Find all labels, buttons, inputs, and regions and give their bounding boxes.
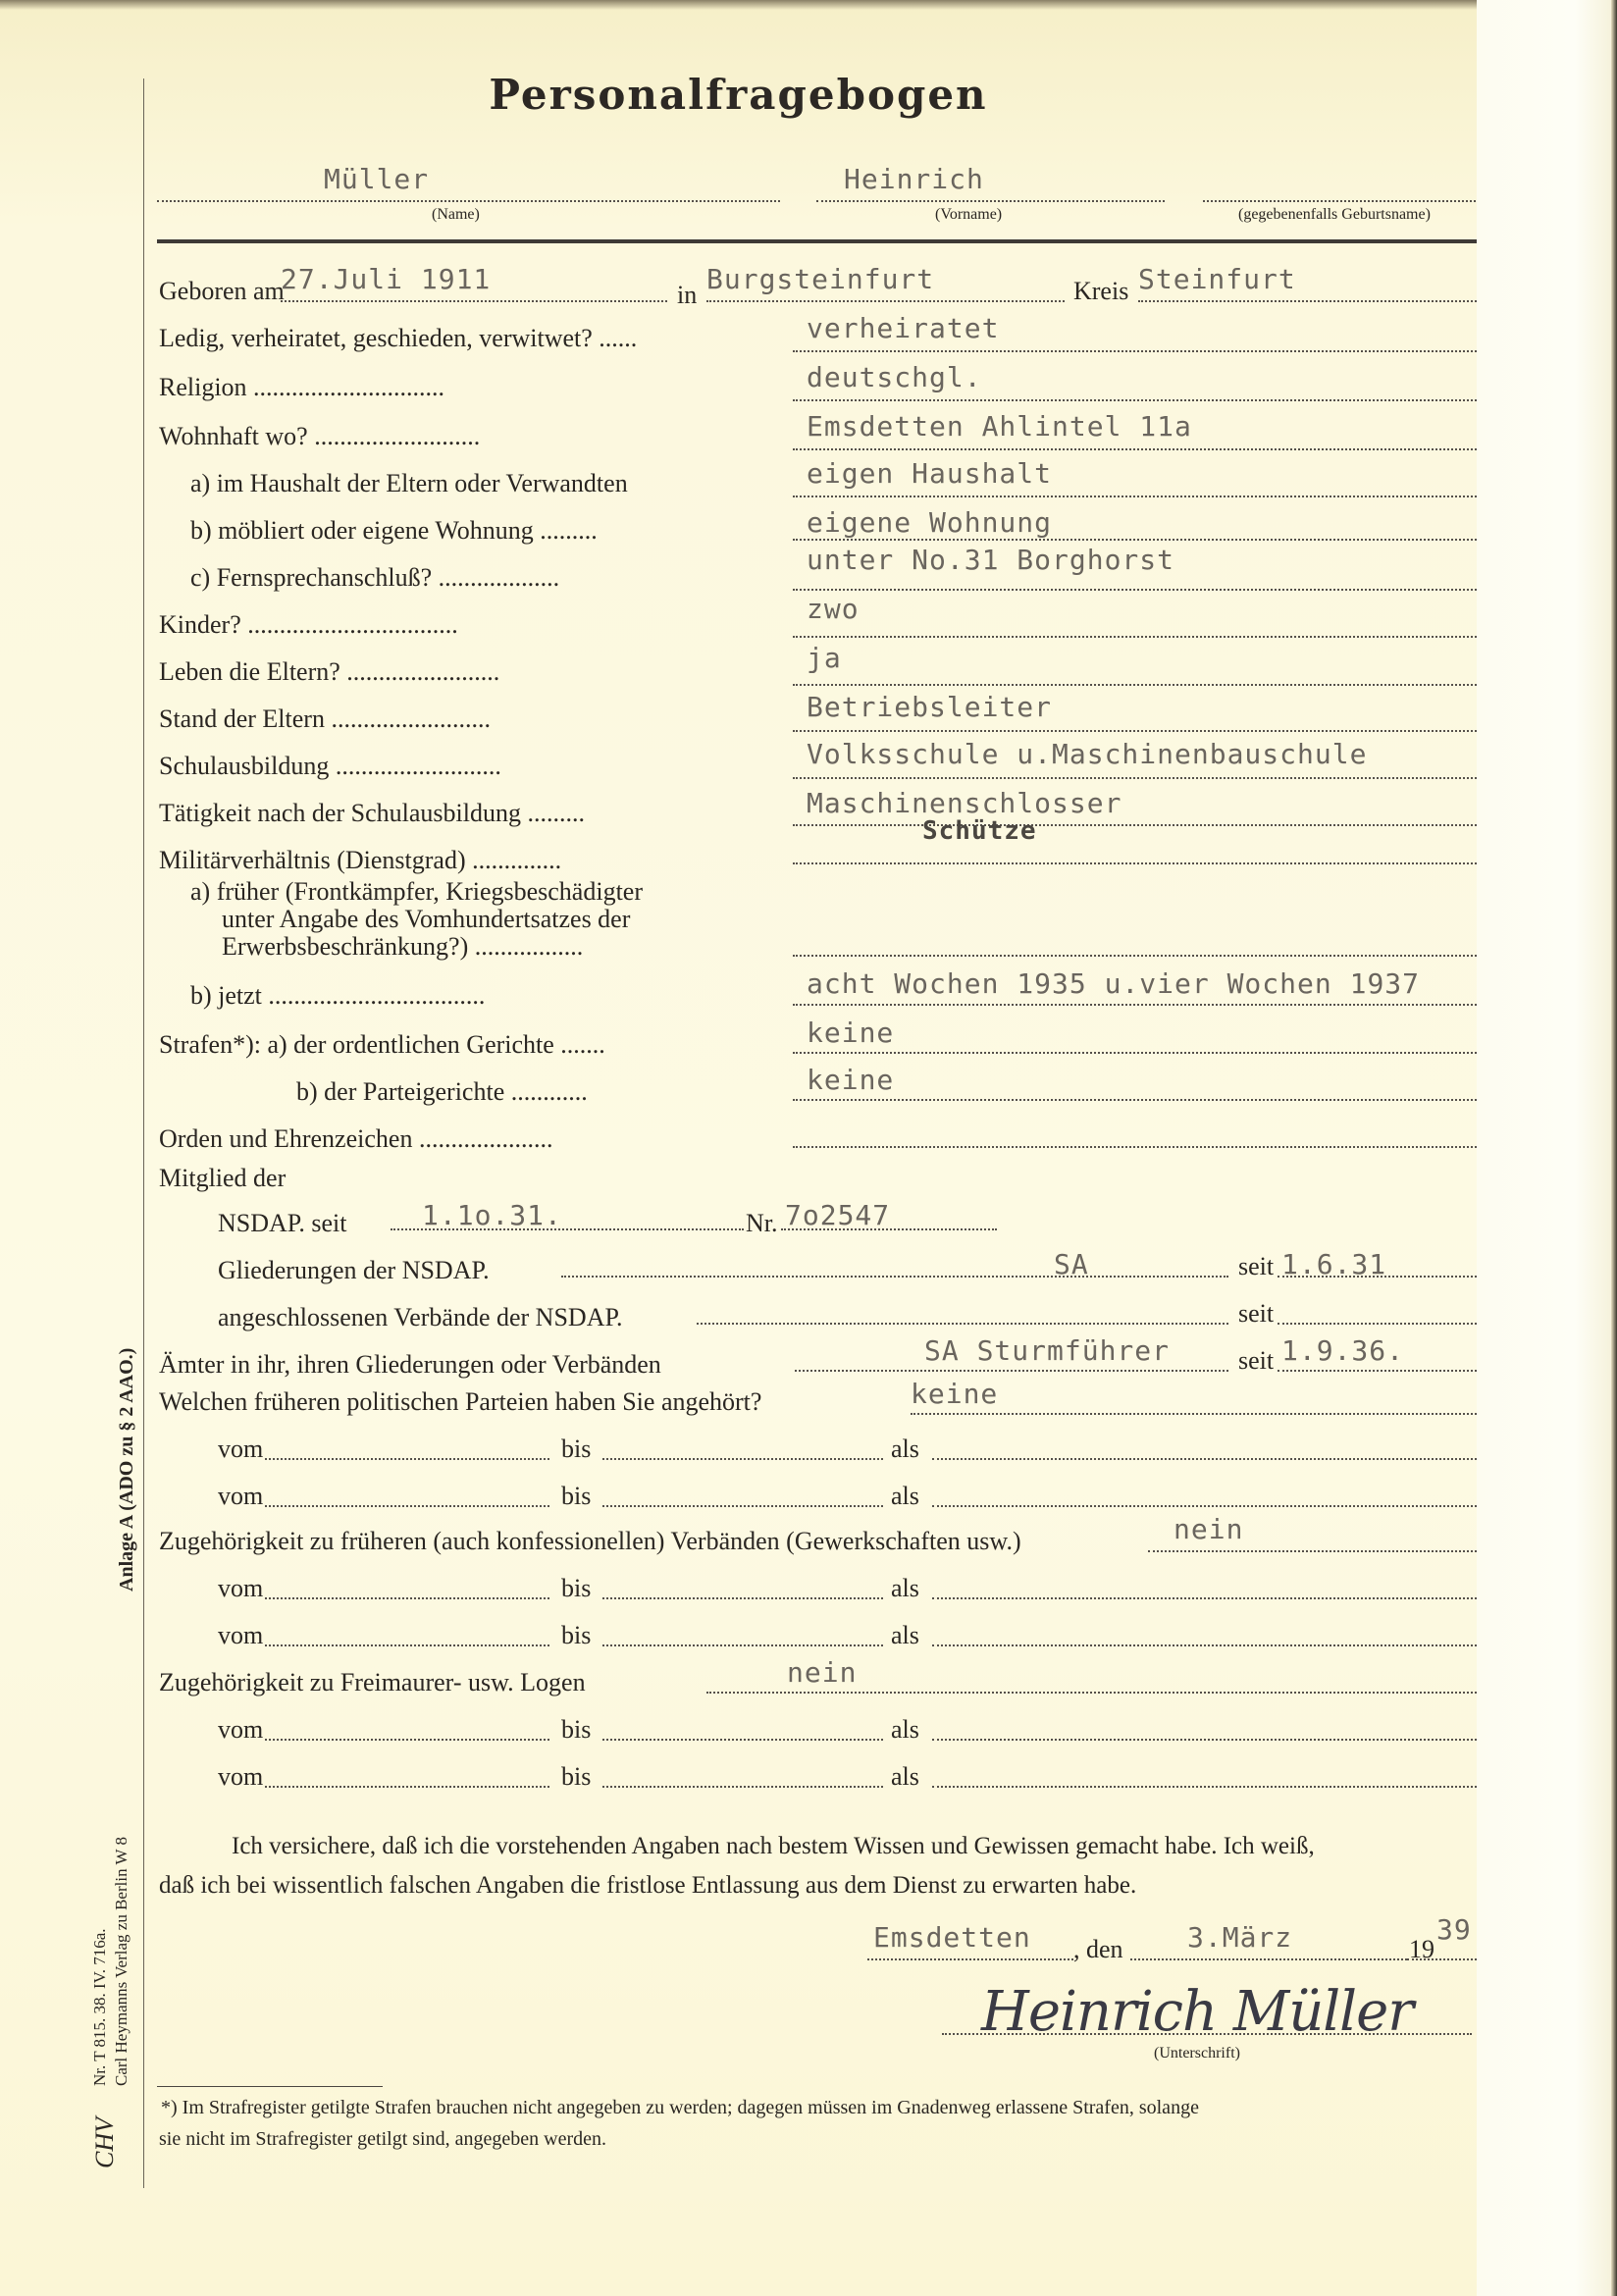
former-associations-question: Zugehörigkeit zu früheren (auch konfessi… bbox=[159, 1527, 1021, 1556]
lodges-as-label: als bbox=[891, 1715, 919, 1745]
military-earlier-label-2: unter Angabe des Vomhundertsatzes der bbox=[222, 905, 630, 934]
name-value: Müller bbox=[324, 163, 429, 195]
military-now-label: b) jetzt ...............................… bbox=[190, 981, 485, 1011]
field-label-religion: Religion .............................. bbox=[159, 373, 444, 402]
field-value-military-rank: Schütze bbox=[922, 816, 1037, 846]
field-line bbox=[265, 1505, 549, 1507]
field-line bbox=[697, 1323, 1228, 1325]
firstname-value: Heinrich bbox=[844, 163, 984, 195]
field-label-household: a) im Haushalt der Eltern oder Verwandte… bbox=[190, 469, 628, 498]
field-line bbox=[265, 1458, 549, 1460]
signing-den-label: , den bbox=[1073, 1935, 1123, 1964]
former-parties-to-label: bis bbox=[561, 1435, 591, 1464]
former-parties-answer: keine bbox=[911, 1378, 998, 1410]
field-line bbox=[867, 1958, 1073, 1960]
former-parties-as-label: als bbox=[891, 1482, 919, 1511]
footnote-line-2: sie nicht im Strafregister getilgt sind,… bbox=[159, 2123, 606, 2155]
field-line bbox=[932, 1739, 1477, 1741]
field-label-apartment: b) möbliert oder eigene Wohnung ........… bbox=[190, 516, 598, 546]
field-value-occupation: Maschinenschlosser bbox=[807, 787, 1121, 819]
header-rule bbox=[157, 239, 1477, 243]
lodges-as-label: als bbox=[891, 1762, 919, 1792]
field-line bbox=[793, 636, 1477, 638]
in-label: in bbox=[677, 281, 697, 310]
former-parties-from-label: vom bbox=[218, 1435, 263, 1464]
offices-value: SA Sturmführer bbox=[924, 1334, 1170, 1367]
former-associations-answer: nein bbox=[1174, 1513, 1243, 1545]
lodges-answer: nein bbox=[787, 1656, 857, 1689]
field-label-marital: Ledig, verheiratet, geschieden, verwitwe… bbox=[159, 324, 637, 353]
nsdap-label: NSDAP. seit bbox=[218, 1209, 346, 1238]
footnote-line-1: *) Im Strafregister getilgte Strafen bra… bbox=[161, 2092, 1199, 2123]
birth-district-line bbox=[1138, 300, 1477, 302]
field-line bbox=[793, 955, 1477, 957]
field-line bbox=[793, 730, 1477, 732]
district-label: Kreis bbox=[1073, 277, 1128, 306]
birth-district: Steinfurt bbox=[1138, 263, 1296, 295]
name-caption: (Name) bbox=[432, 206, 480, 224]
field-label-parents-status: Stand der Eltern .......................… bbox=[159, 704, 491, 734]
field-label-phone: c) Fernsprechanschluß? .................… bbox=[190, 563, 559, 593]
name-line bbox=[157, 200, 780, 202]
field-line bbox=[793, 824, 1477, 826]
field-line bbox=[793, 448, 1477, 450]
military-earlier-label-3: Erwerbsbeschränkung?) ................. bbox=[222, 932, 583, 962]
field-line bbox=[561, 1276, 1228, 1278]
field-line bbox=[793, 862, 1477, 864]
birth-date: 27.Juli 1911 bbox=[281, 263, 491, 295]
field-line bbox=[795, 1370, 1228, 1372]
field-line bbox=[1278, 1323, 1477, 1325]
field-line bbox=[793, 496, 1477, 497]
military-earlier-label-1: a) früher (Frontkämpfer, Kriegsbeschädig… bbox=[190, 877, 643, 907]
field-line bbox=[1278, 1370, 1477, 1372]
field-line bbox=[602, 1786, 883, 1788]
field-value-schooling: Volksschule u.Maschinenbauschule bbox=[807, 738, 1367, 770]
field-line bbox=[1407, 1958, 1477, 1960]
former-associations-to-label: bis bbox=[561, 1574, 591, 1603]
field-label-children: Kinder? ................................… bbox=[159, 610, 458, 640]
firstname-caption: (Vorname) bbox=[935, 206, 1002, 224]
lodges-question: Zugehörigkeit zu Freimaurer- usw. Logen bbox=[159, 1668, 586, 1697]
field-line bbox=[265, 1644, 549, 1646]
annex-label: Anlage A (ADO zu § 2 AAO.) bbox=[116, 1348, 138, 1592]
former-parties-question: Welchen früheren politischen Parteien ha… bbox=[159, 1387, 761, 1417]
firstname-line bbox=[816, 200, 1165, 202]
offices-since-label: seit bbox=[1238, 1346, 1274, 1376]
field-line bbox=[932, 1597, 1477, 1599]
penalties-courts-label: Strafen*): a) der ordentlichen Gerichte … bbox=[159, 1030, 605, 1060]
field-value-apartment: eigene Wohnung bbox=[807, 506, 1052, 539]
field-line bbox=[932, 1458, 1477, 1460]
field-line bbox=[793, 1052, 1477, 1054]
field-line bbox=[793, 684, 1477, 686]
signing-date: 3.März bbox=[1187, 1921, 1292, 1954]
field-line bbox=[602, 1739, 883, 1741]
signature: Heinrich Müller bbox=[981, 1980, 1413, 2044]
field-line bbox=[265, 1786, 549, 1788]
field-line bbox=[1130, 1958, 1407, 1960]
former-associations-to-label: bis bbox=[561, 1621, 591, 1650]
membership-heading: Mitglied der bbox=[159, 1164, 286, 1193]
field-line bbox=[793, 589, 1477, 591]
lodges-to-label: bis bbox=[561, 1762, 591, 1792]
former-associations-as-label: als bbox=[891, 1574, 919, 1603]
signing-year-suffix: 39 bbox=[1436, 1913, 1472, 1946]
birth-place-line bbox=[706, 300, 1065, 302]
offices-label: Ämter in ihr, ihren Gliederungen oder Ve… bbox=[159, 1350, 661, 1380]
margin-line bbox=[143, 78, 144, 2188]
declaration-line-1: Ich versichere, daß ich die vorstehenden… bbox=[232, 1827, 1315, 1866]
affiliated-label: angeschlossenen Verbände der NSDAP. bbox=[218, 1303, 623, 1332]
birthname-caption: (gegebenenfalls Geburtsname) bbox=[1238, 206, 1431, 224]
publisher: Carl Heymanns Verlag zu Berlin W 8 bbox=[112, 1837, 131, 2086]
field-line bbox=[1148, 1550, 1477, 1552]
field-line bbox=[793, 399, 1477, 401]
former-parties-as-label: als bbox=[891, 1435, 919, 1464]
penalties-party-label: b) der Parteigerichte ............ bbox=[296, 1077, 588, 1107]
publisher-logo-icon: CHV bbox=[90, 2117, 120, 2168]
field-value-marital: verheiratet bbox=[807, 312, 999, 344]
military-now-value: acht Wochen 1935 u.vier Wochen 1937 bbox=[807, 967, 1420, 1000]
field-value-household: eigen Haushalt bbox=[807, 457, 1052, 490]
born-label: Geboren am bbox=[159, 277, 285, 306]
former-associations-from-label: vom bbox=[218, 1574, 263, 1603]
form-number: Nr. T 815. 38. IV. 716a. bbox=[90, 1928, 110, 2086]
field-value-residence: Emsdetten Ahlintel 11a bbox=[807, 410, 1192, 443]
signing-place: Emsdetten bbox=[873, 1921, 1031, 1954]
field-line bbox=[391, 1228, 744, 1230]
field-line bbox=[781, 1228, 997, 1230]
scan-background bbox=[1477, 0, 1617, 2296]
penalties-party-value: keine bbox=[807, 1064, 894, 1096]
orders-label: Orden und Ehrenzeichen .................… bbox=[159, 1124, 552, 1154]
field-value-phone: unter No.31 Borghorst bbox=[807, 544, 1174, 576]
former-parties-to-label: bis bbox=[561, 1482, 591, 1511]
former-associations-as-label: als bbox=[891, 1621, 919, 1650]
field-line bbox=[932, 1644, 1477, 1646]
field-line bbox=[793, 539, 1477, 541]
field-line bbox=[793, 350, 1477, 352]
divisions-since-label: seit bbox=[1238, 1252, 1274, 1281]
field-line bbox=[602, 1458, 883, 1460]
field-label-residence: Wohnhaft wo? .......................... bbox=[159, 422, 480, 451]
field-label-parents-alive: Leben die Eltern? ......................… bbox=[159, 657, 499, 687]
lodges-to-label: bis bbox=[561, 1715, 591, 1745]
birthname-line bbox=[1203, 200, 1476, 202]
field-line bbox=[602, 1597, 883, 1599]
affiliated-since-label: seit bbox=[1238, 1299, 1274, 1329]
offices-since: 1.9.36. bbox=[1281, 1334, 1404, 1367]
divisions-label: Gliederungen der NSDAP. bbox=[218, 1256, 490, 1285]
field-line bbox=[932, 1786, 1477, 1788]
former-parties-from-label: vom bbox=[218, 1482, 263, 1511]
nsdap-since: 1.1o.31. bbox=[422, 1199, 562, 1231]
field-line bbox=[793, 777, 1477, 779]
nsdap-nr-label: Nr. bbox=[746, 1209, 778, 1238]
form-title: Personalfragebogen bbox=[0, 71, 1477, 119]
declaration-line-2: daß ich bei wissentlich falschen Angaben… bbox=[159, 1866, 1136, 1905]
field-line bbox=[265, 1597, 549, 1599]
penalties-courts-value: keine bbox=[807, 1017, 894, 1049]
field-line bbox=[265, 1739, 549, 1741]
field-value-children: zwo bbox=[807, 593, 860, 625]
field-label-military: Militärverhältnis (Dienstgrad) .........… bbox=[159, 846, 561, 875]
field-line bbox=[793, 1146, 1477, 1148]
field-label-schooling: Schulausbildung ........................… bbox=[159, 752, 501, 781]
footnote-rule bbox=[157, 2086, 383, 2087]
lodges-from-label: vom bbox=[218, 1762, 263, 1792]
field-line bbox=[706, 1692, 1477, 1694]
signature-caption: (Unterschrift) bbox=[1154, 2045, 1240, 2062]
field-value-parents-status: Betriebsleiter bbox=[807, 691, 1052, 723]
field-line bbox=[1278, 1276, 1477, 1278]
field-label-occupation: Tätigkeit nach der Schulausbildung .....… bbox=[159, 799, 585, 828]
field-value-religion: deutschgl. bbox=[807, 361, 982, 393]
page-top-shadow bbox=[0, 0, 1477, 10]
field-line bbox=[793, 1004, 1477, 1006]
field-value-parents-alive: ja bbox=[807, 642, 842, 674]
field-line bbox=[602, 1505, 883, 1507]
former-associations-from-label: vom bbox=[218, 1621, 263, 1650]
birth-place: Burgsteinfurt bbox=[706, 263, 934, 295]
field-line bbox=[932, 1505, 1477, 1507]
lodges-from-label: vom bbox=[218, 1715, 263, 1745]
birth-date-line bbox=[281, 300, 667, 302]
divisions-value: SA bbox=[1054, 1248, 1089, 1280]
field-line bbox=[602, 1644, 883, 1646]
nsdap-nr-value: 7o2547 bbox=[785, 1199, 890, 1231]
field-line bbox=[911, 1413, 1477, 1415]
field-line bbox=[793, 1099, 1477, 1101]
